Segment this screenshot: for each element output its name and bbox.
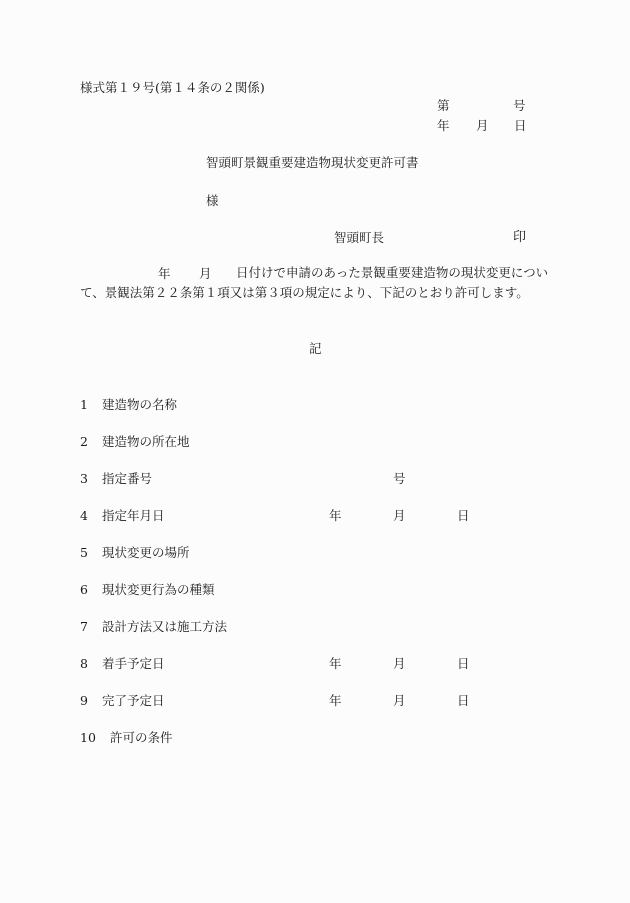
item-number: 1 (80, 399, 98, 412)
form-number: 様式第１９号(第１４条の２関係) (80, 82, 265, 95)
date-year: 年 (437, 120, 450, 133)
item-1: 1 建造物の名称 (80, 399, 177, 412)
item-number: 6 (80, 584, 98, 597)
document-title: 智頭町景観重要建造物現状変更許可書 (206, 157, 419, 170)
item-label: 建造物の名称 (102, 397, 177, 412)
item-2: 2 建造物の所在地 (80, 436, 190, 449)
date-day: 日 (514, 120, 527, 133)
item-number: 2 (80, 436, 98, 449)
item-4-month: 月 (393, 510, 406, 523)
doc-number-prefix: 第 (437, 100, 450, 113)
item-number: 10 (80, 732, 106, 745)
item-9-day: 日 (457, 695, 470, 708)
item-label: 完了予定日 (102, 693, 165, 708)
item-label: 建造物の所在地 (102, 434, 190, 449)
ki-heading: 記 (309, 343, 322, 356)
issuer-name: 智頭町長 (334, 232, 384, 245)
item-8-day: 日 (457, 658, 470, 671)
item-7: 7 設計方法又は施工方法 (80, 621, 227, 634)
item-8: 8 着手予定日 (80, 658, 165, 671)
item-label: 着手予定日 (102, 656, 165, 671)
body-text-content: 日付けで申請のあった景観重要建造物の現状変更について、景観法第２２条第１項又は第… (80, 265, 548, 300)
item-3-suffix: 号 (393, 473, 406, 486)
item-4: 4 指定年月日 (80, 510, 165, 523)
item-label: 現状変更行為の種類 (102, 582, 215, 597)
addressee-suffix: 様 (206, 195, 219, 208)
seal-mark: 印 (513, 231, 526, 244)
item-label: 現状変更の場所 (102, 545, 190, 560)
item-4-year: 年 (329, 510, 342, 523)
item-number: 4 (80, 510, 98, 523)
item-9-month: 月 (393, 695, 406, 708)
body-text: 日付けで申請のあった景観重要建造物の現状変更について、景観法第２２条第１項又は第… (80, 263, 560, 303)
item-label: 指定番号 (102, 471, 152, 486)
item-number: 9 (80, 695, 98, 708)
item-label: 設計方法又は施工方法 (102, 619, 227, 634)
item-number: 3 (80, 473, 98, 486)
doc-number-suffix: 号 (513, 100, 526, 113)
item-number: 7 (80, 621, 98, 634)
item-8-month: 月 (393, 658, 406, 671)
item-9-year: 年 (329, 695, 342, 708)
item-number: 5 (80, 547, 98, 560)
item-3: 3 指定番号 (80, 473, 152, 486)
item-10: 10 許可の条件 (80, 732, 173, 745)
date-month: 月 (476, 120, 489, 133)
item-9: 9 完了予定日 (80, 695, 165, 708)
item-label: 許可の条件 (110, 730, 173, 745)
item-label: 指定年月日 (102, 508, 165, 523)
item-5: 5 現状変更の場所 (80, 547, 190, 560)
item-4-day: 日 (457, 510, 470, 523)
item-8-year: 年 (329, 658, 342, 671)
item-6: 6 現状変更行為の種類 (80, 584, 215, 597)
item-number: 8 (80, 658, 98, 671)
